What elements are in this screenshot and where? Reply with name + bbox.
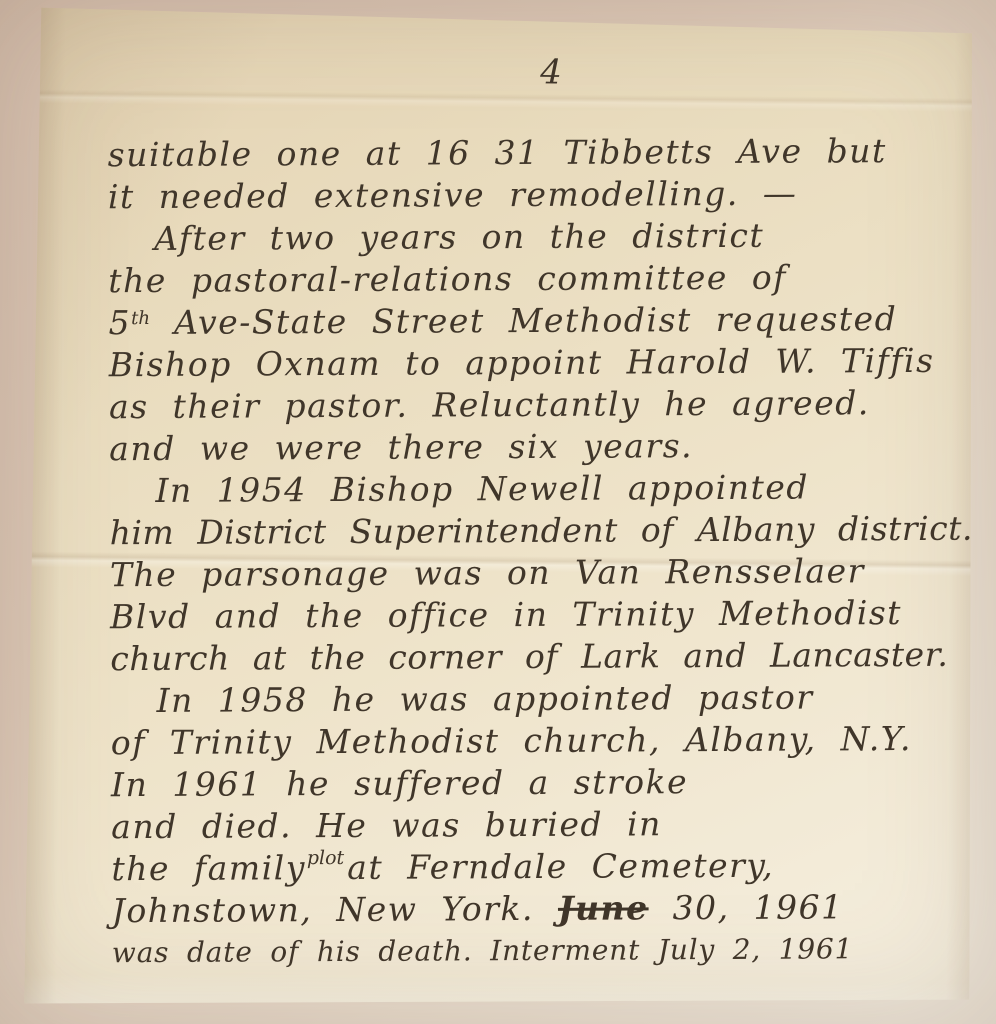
line-17: and died. He was buried in [111, 802, 971, 849]
ordinal-suffix: th [131, 308, 150, 329]
line-11: The parsonage was on Van Rensselaer [110, 550, 970, 597]
line-10: him District Superintendent of Albany di… [110, 508, 970, 555]
overwritten-word-june: June [558, 888, 649, 927]
line-02: it needed extensive remodelling. — [108, 172, 968, 219]
photo-background: 4 suitable one at 16 31 Tibbetts Ave but… [0, 0, 996, 1024]
line-01: suitable one at 16 31 Tibbetts Ave but [108, 130, 968, 177]
line-19-text-before: Johnstown, New York. [112, 889, 559, 930]
line-13: church at the corner of Lark and Lancast… [110, 634, 970, 681]
line-05-text: Ave-State Street Methodist requested [150, 299, 897, 342]
line-19-text-after: 30, 1961 [648, 887, 843, 927]
line-16: In 1961 he suffered a stroke [111, 760, 971, 807]
paper-sheet: 4 suitable one at 16 31 Tibbetts Ave but… [23, 7, 979, 1012]
handwriting-block: suitable one at 16 31 Tibbetts Ave but i… [108, 130, 972, 974]
line-08: and we were there six years. [109, 424, 969, 471]
line-18: the familyplotat Ferndale Cemetery, [111, 844, 971, 891]
line-05-number: 5 [108, 303, 131, 342]
line-19: Johnstown, New York. June 30, 1961 [112, 886, 972, 933]
line-07: as their pastor. Reluctantly he agreed. [109, 382, 969, 429]
inserted-word-plot: plot [307, 847, 344, 869]
line-20: was date of his death. Interment July 2,… [112, 928, 972, 975]
page-number: 4 [540, 52, 562, 92]
line-14: In 1958 he was appointed pastor [110, 676, 970, 723]
line-18-text-after: at Ferndale Cemetery, [347, 846, 774, 887]
line-03: After two years on the district [108, 214, 968, 261]
line-05: 5th Ave-State Street Methodist requested [108, 298, 968, 345]
line-12: Blvd and the office in Trinity Methodist [110, 592, 970, 639]
line-04: the pastoral-relations committee of [108, 256, 968, 303]
line-18-text-before: the family [111, 848, 306, 888]
line-15: of Trinity Methodist church, Albany, N.Y… [111, 718, 971, 765]
line-06: Bishop Oxnam to appoint Harold W. Tiffis [109, 340, 969, 387]
line-09: In 1954 Bishop Newell appointed [109, 466, 969, 513]
